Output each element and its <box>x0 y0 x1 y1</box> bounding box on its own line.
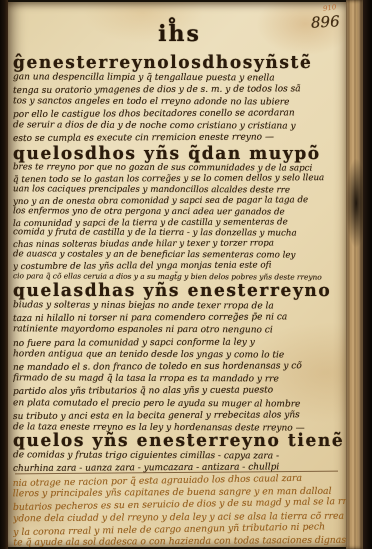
page-content: 910 896 ih̊s ĝenesterreynolosdhosyñstẽ g… <box>13 2 346 547</box>
manuscript-line: ratiniente mayordomo espanoles ni para o… <box>13 324 346 338</box>
book-fore-edge <box>346 0 363 549</box>
section-heading: quelosdhos yñs q̃dan muypõ <box>13 143 346 164</box>
manuscript-page: 910 896 ih̊s ĝenesterreynolosdhosyñstẽ g… <box>8 2 346 547</box>
annotation-block: nia otrage ne racion por q̃ esta agrauia… <box>13 473 346 547</box>
section-women-weaving: quelasdhas yñs enesterreyno biudas y sol… <box>13 280 346 434</box>
section-oratory-ordinance: ĝenesterreynolosdhosyñstẽ gan una despen… <box>13 52 346 145</box>
section-heading: quelos yñs enesterreyno tienẽ <box>13 430 346 451</box>
section-heading: quelasdhas yñs enesterreyno <box>13 280 346 301</box>
section-foods-seeds: quelos yñs enesterreyno tienẽ de comidas… <box>13 430 346 474</box>
book-gutter <box>0 0 8 549</box>
right-edge-shadow <box>363 0 372 549</box>
section-heading: ĝenesterreynolosdhosyñstẽ <box>13 52 346 73</box>
section-poor-indians: quelosdhos yñs q̃dan muypõ bres te rreyn… <box>13 143 346 283</box>
ihs-monogram: ih̊s <box>13 21 346 47</box>
annotation-line: te q̃ ayude ala sol dadesca o con hazien… <box>13 535 346 547</box>
